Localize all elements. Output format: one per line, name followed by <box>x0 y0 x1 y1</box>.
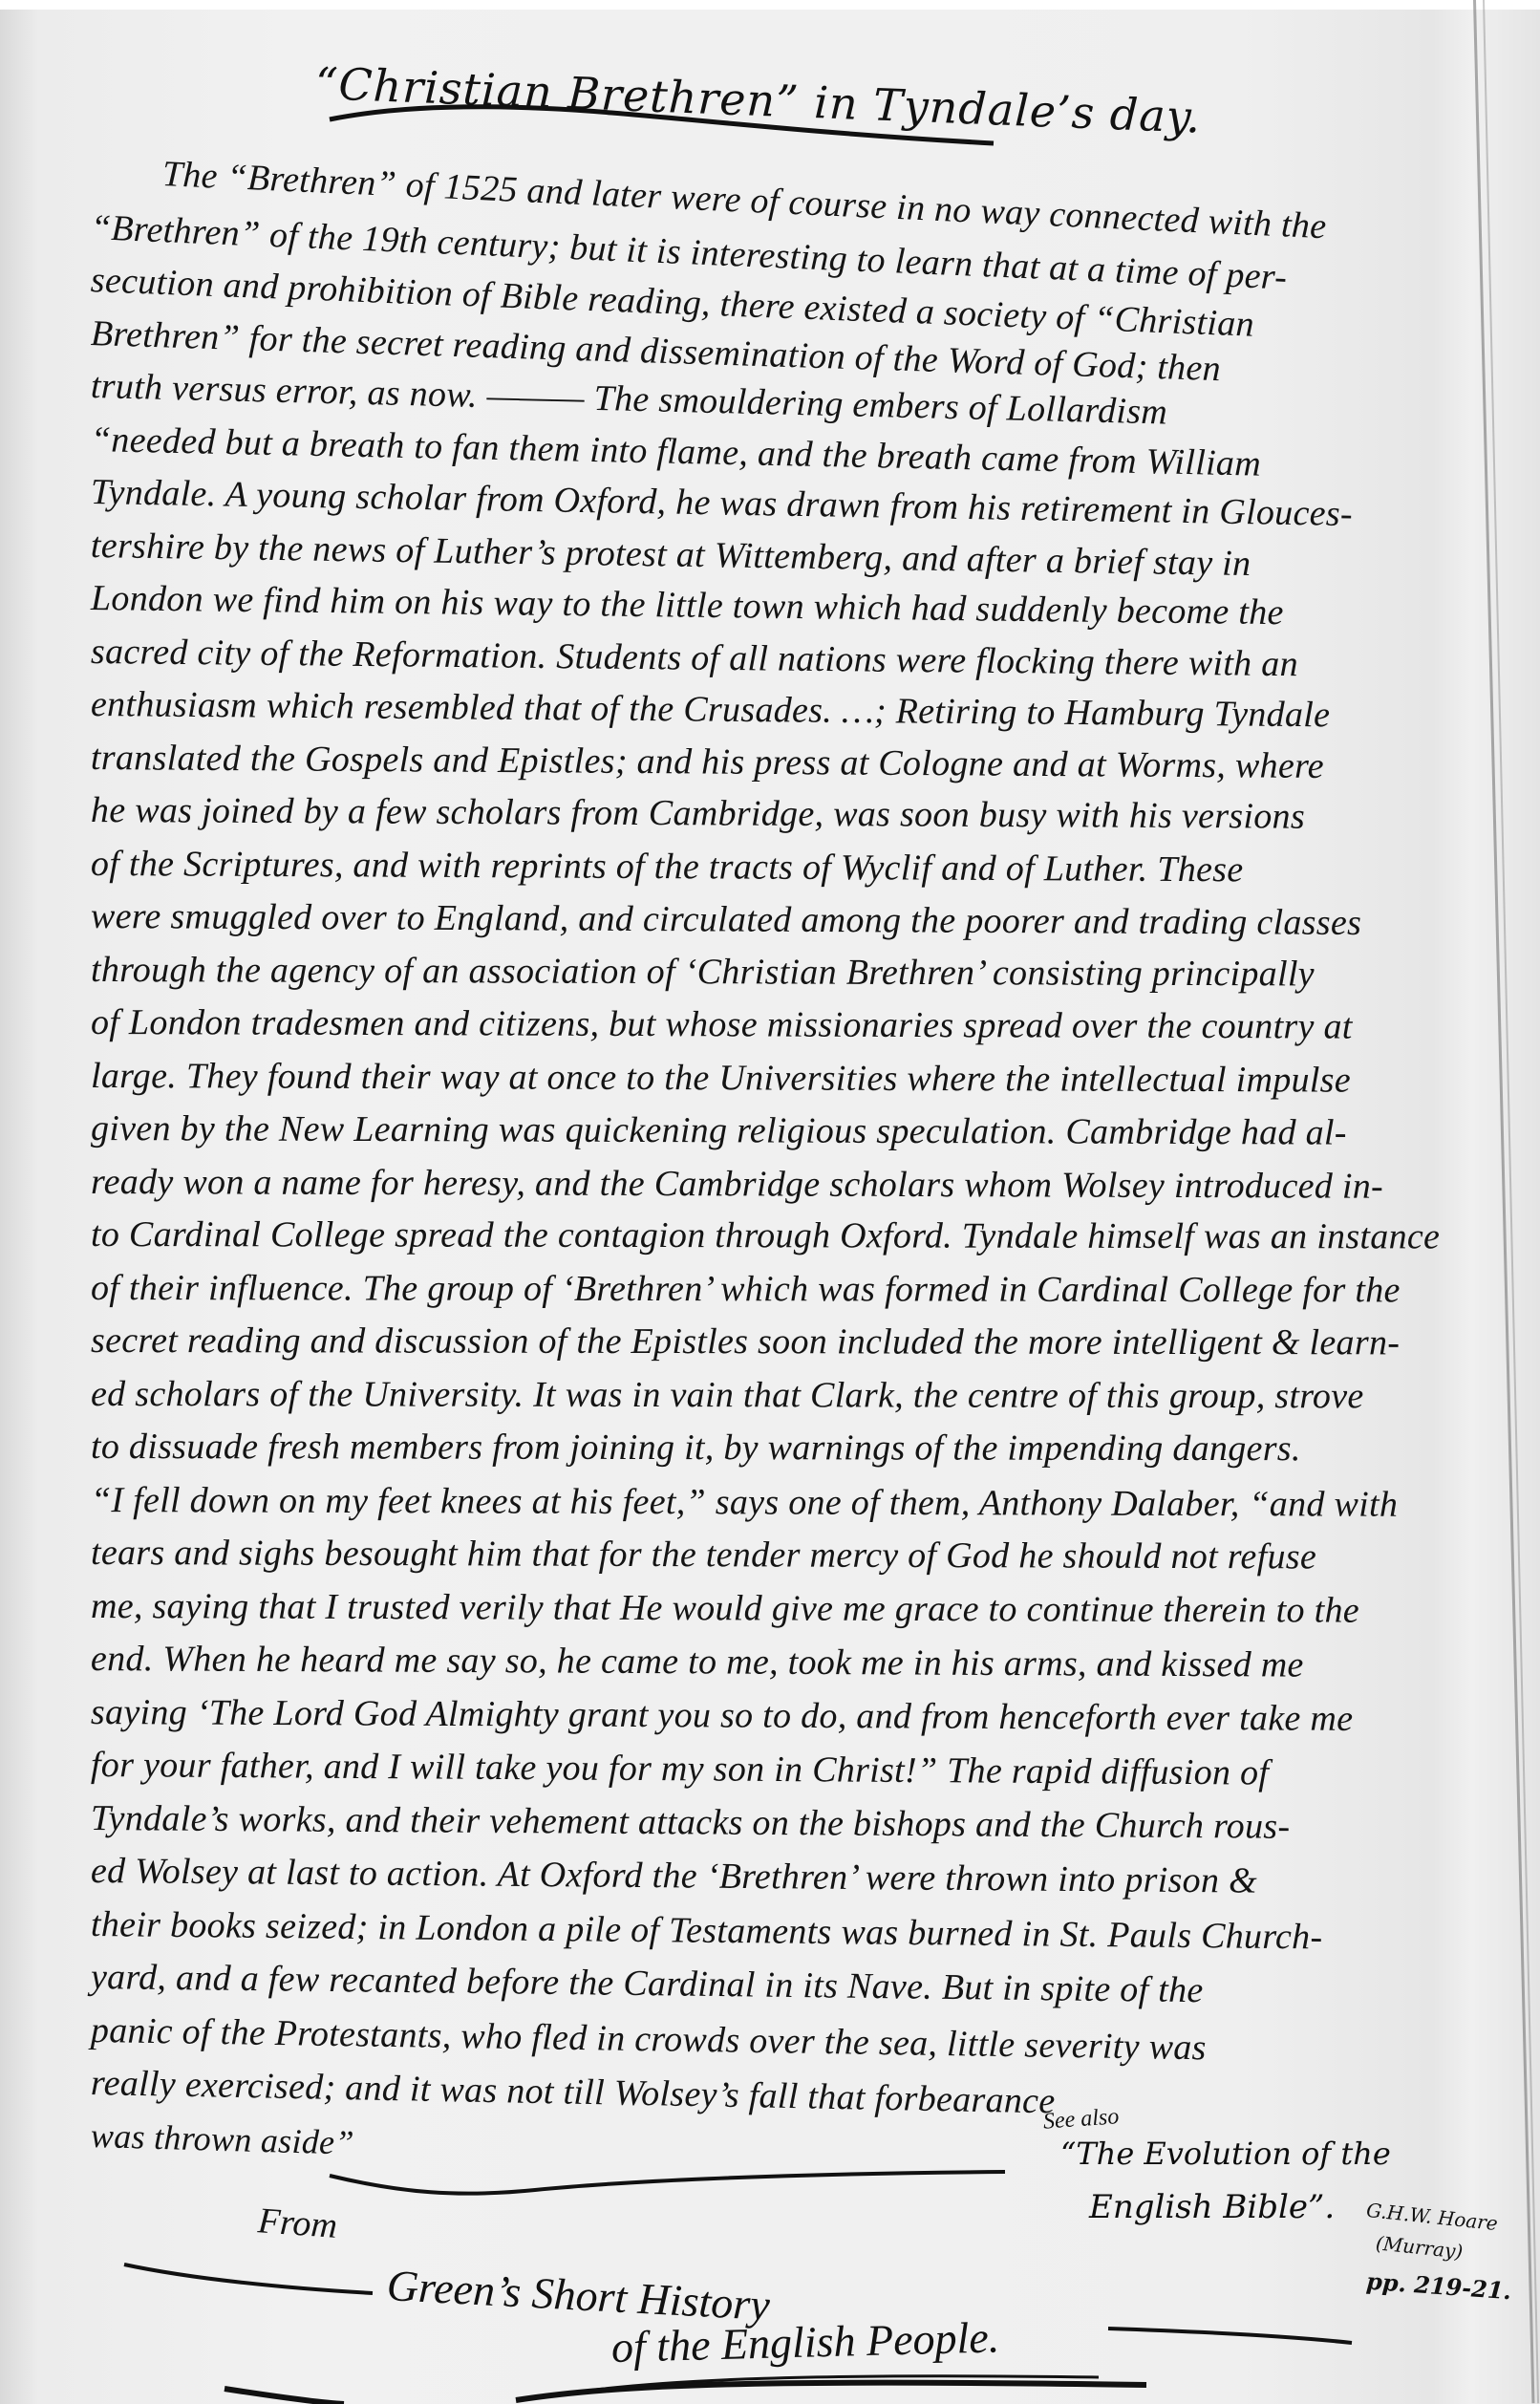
text-line: of their influence. The group of ‘Brethr… <box>91 1267 1409 1311</box>
text-line: he was joined by a few scholars from Cam… <box>91 789 1409 838</box>
text-line: large. They found their way at once to t… <box>91 1055 1409 1102</box>
text-line: ed scholars of the University. It was in… <box>91 1373 1409 1417</box>
text-line: to dissuade fresh members from joining i… <box>91 1426 1409 1470</box>
scan-edge <box>0 0 1540 10</box>
text-line: given by the New Learning was quickening… <box>91 1107 1409 1154</box>
source-rule-left <box>124 2264 373 2293</box>
text-line: end. When he heard me say so, he came to… <box>91 1638 1409 1686</box>
text-line: saying ‘The Lord God Almighty grant you … <box>91 1691 1409 1740</box>
reference-author: G.H.W. Hoare <box>1365 2199 1499 2235</box>
text-line: London we find him on his way to the lit… <box>91 577 1409 635</box>
source-subtitle: of the English People. <box>610 2311 1000 2372</box>
text-line: to Cardinal College spread the contagion… <box>91 1213 1409 1257</box>
text-line: enthusiasm which resembled that of the C… <box>91 683 1409 737</box>
text-line: tears and sighs besought him that for th… <box>91 1532 1409 1578</box>
source-rule-right <box>1108 2329 1352 2343</box>
text-line: were smuggled over to England, and circu… <box>91 895 1409 944</box>
text-line: tershire by the news of Luther’s protest… <box>91 525 1410 588</box>
bottom-flourish-2 <box>516 2383 1146 2400</box>
reference-title-line2: English Bible”. <box>1089 2188 1335 2226</box>
text-line: panic of the Protestants, who fled in cr… <box>91 2009 1410 2072</box>
text-line: ed Wolsey at last to action. At Oxford t… <box>91 1850 1409 1903</box>
reference-pages: pp. 219-21. <box>1365 2267 1512 2306</box>
text-line: ready won a name for heresy, and the Cam… <box>91 1161 1409 1208</box>
bottom-flourish-3 <box>573 2376 1099 2393</box>
text-line: translated the Gospels and Epistles; and… <box>91 737 1409 788</box>
page-binding-edge-2 <box>1483 0 1539 2403</box>
text-line: really exercised; and it was not till Wo… <box>91 2062 1410 2129</box>
source-from-label: From <box>257 2200 339 2247</box>
text-line: their books seized; in London a pile of … <box>91 1903 1409 1959</box>
text-line: secret reading and discussion of the Epi… <box>91 1320 1409 1363</box>
reference-publisher: (Murray) <box>1375 2231 1464 2263</box>
text-line: yard, and a few recanted before the Card… <box>91 1956 1409 2014</box>
text-line: through the agency of an association of … <box>91 949 1409 996</box>
text-line: sacred city of the Reformation. Students… <box>91 631 1409 686</box>
manuscript-page: “Christian Brethren” in Tyndale’s day. T… <box>0 0 1540 2404</box>
see-also-note: See also <box>1042 2104 1120 2135</box>
page-title: “Christian Brethren” in Tyndale’s day. <box>314 57 1004 136</box>
text-line: for your father, and I will take you for… <box>91 1744 1409 1795</box>
text-line: of London tradesmen and citizens, but wh… <box>91 1001 1409 1048</box>
bottom-flourish-1 <box>225 2389 344 2404</box>
reference-title-line1: “The Evolution of the <box>1060 2136 1391 2172</box>
text-line: “I fell down on my feet knees at his fee… <box>91 1479 1409 1526</box>
text-line: Tyndale’s works, and their vehement atta… <box>91 1797 1409 1849</box>
text-line: me, saying that I trusted verily that He… <box>91 1585 1409 1632</box>
page-binding-edge <box>1473 0 1534 2403</box>
text-line: of the Scriptures, and with reprints of … <box>91 843 1409 891</box>
